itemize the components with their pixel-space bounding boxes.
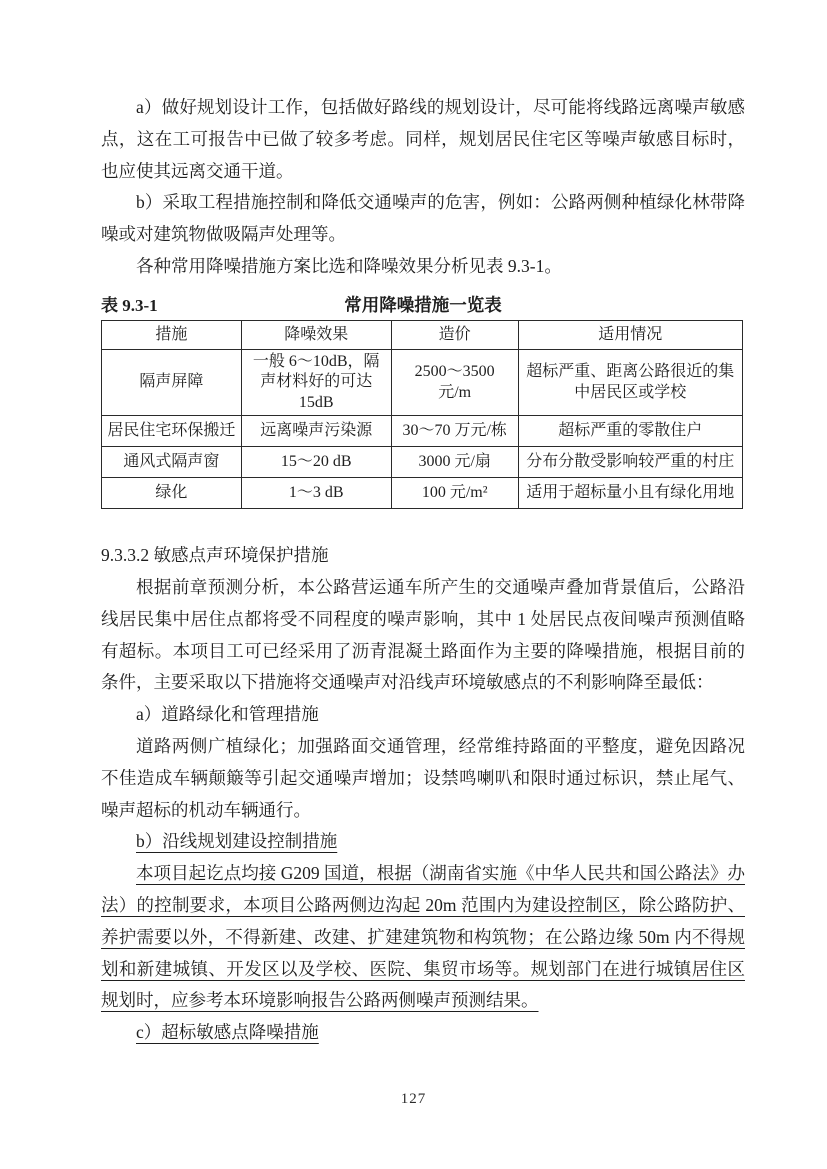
paragraph-section-intro: 根据前章预测分析，本公路营运通车所产生的交通噪声叠加背景值后，公路沿线居民集中居… <box>101 572 745 699</box>
cell-applicability: 超标严重、距离公路很近的集中居民区或学校 <box>518 349 742 416</box>
table-row: 居民住宅环保搬迁 远离噪声污染源 30～70 万元/栋 超标严重的零散住户 <box>102 416 743 447</box>
cell-noise-reduction: 15～20 dB <box>241 447 391 478</box>
table-row: 隔声屏障 一般 6～10dB，隔声材料好的可达 15dB 2500～3500 元… <box>102 349 743 416</box>
table-header-row: 措施 降噪效果 造价 适用情况 <box>102 320 743 349</box>
cell-applicability: 适用于超标量小且有绿化用地 <box>518 478 742 509</box>
section-heading-9-3-3-2: 9.3.3.2 敏感点声环境保护措施 <box>101 540 745 572</box>
cell-measure: 隔声屏障 <box>102 349 242 416</box>
cell-noise-reduction: 远离噪声污染源 <box>241 416 391 447</box>
cell-applicability: 分布分散受影响较严重的村庄 <box>518 447 742 478</box>
table-title: 常用降噪措施一览表 <box>101 293 745 318</box>
cell-measure: 绿化 <box>102 478 242 509</box>
document-page: a）做好规划设计工作，包括做好路线的规划设计，尽可能将线路远离噪声敏感点，这在工… <box>0 0 827 1169</box>
cell-cost: 30～70 万元/栋 <box>391 416 518 447</box>
cell-cost: 100 元/m² <box>391 478 518 509</box>
item-b-planning-control: b）沿线规划建设控制措施 <box>101 826 745 858</box>
paragraph-table-intro: 各种常用降噪措施方案比选和降噪效果分析见表 9.3-1。 <box>101 251 745 283</box>
paragraph-greening-management: 道路两侧广植绿化；加强路面交通管理，经常维持路面的平整度，避免因路况不佳造成车辆… <box>101 731 745 826</box>
cell-measure: 通风式隔声窗 <box>102 447 242 478</box>
header-applicability: 适用情况 <box>518 320 742 349</box>
header-cost: 造价 <box>391 320 518 349</box>
page-content: a）做好规划设计工作，包括做好路线的规划设计，尽可能将线路远离噪声敏感点，这在工… <box>101 92 745 1049</box>
page-number: 127 <box>0 1091 827 1108</box>
cell-cost: 3000 元/扇 <box>391 447 518 478</box>
cell-applicability: 超标严重的零散住户 <box>518 416 742 447</box>
cell-noise-reduction: 1～3 dB <box>241 478 391 509</box>
noise-measures-table: 措施 降噪效果 造价 适用情况 隔声屏障 一般 6～10dB，隔声材料好的可达 … <box>101 320 743 510</box>
item-a-greening-management: a）道路绿化和管理措施 <box>101 699 745 731</box>
table-row: 绿化 1～3 dB 100 元/m² 适用于超标量小且有绿化用地 <box>102 478 743 509</box>
header-noise-reduction: 降噪效果 <box>241 320 391 349</box>
item-c-exceedance-mitigation: c）超标敏感点降噪措施 <box>101 1017 745 1049</box>
cell-cost: 2500～3500 元/m <box>391 349 518 416</box>
cell-noise-reduction: 一般 6～10dB，隔声材料好的可达 15dB <box>241 349 391 416</box>
paragraph-planning-design: a）做好规划设计工作，包括做好路线的规划设计，尽可能将线路远离噪声敏感点，这在工… <box>101 92 745 187</box>
table-caption: 表 9.3-1 常用降噪措施一览表 <box>101 293 745 318</box>
paragraph-planning-control: 本项目起讫点均接 G209 国道，根据（湖南省实施《中华人民共和国公路法》办法）… <box>101 858 745 1017</box>
table-row: 通风式隔声窗 15～20 dB 3000 元/扇 分布分散受影响较严重的村庄 <box>102 447 743 478</box>
cell-measure: 居民住宅环保搬迁 <box>102 416 242 447</box>
header-measure: 措施 <box>102 320 242 349</box>
paragraph-engineering-measures: b）采取工程措施控制和降低交通噪声的危害，例如：公路两侧种植绿化林带降噪或对建筑… <box>101 187 745 251</box>
